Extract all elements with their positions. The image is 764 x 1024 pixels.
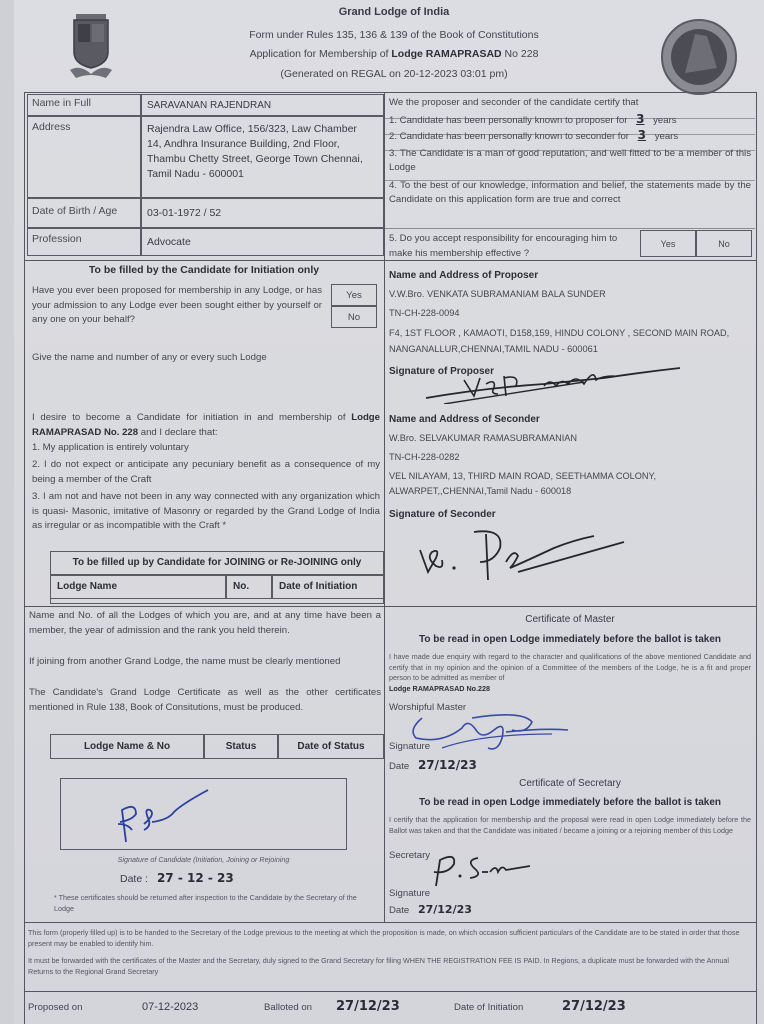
joining-col-date-initiation: Date of Initiation — [272, 575, 384, 599]
date-of-initiation-value: 27/12/23 — [562, 999, 626, 1014]
proposed-on-value: 07-12-2023 — [142, 1001, 198, 1013]
secretary-signature-label: Signature — [389, 887, 430, 902]
application-prefix: Application for Membership of — [250, 48, 392, 60]
candidate-signature-caption: Signature of Candidate (Initiation, Join… — [60, 855, 347, 866]
prior-proposal-yes[interactable]: Yes — [331, 284, 377, 306]
address-line: Tamil Nadu - 600001 — [147, 167, 381, 182]
secretary-label: Secretary — [389, 849, 430, 864]
address-label: Address — [32, 121, 71, 133]
lodges-col-date-status: Date of Status — [278, 734, 384, 759]
seconder-address: VEL NILAYAM, 13, THIRD MAIN ROAD, SEETHA… — [389, 469, 734, 499]
certify-block: We the proposer and seconder of the cand… — [389, 96, 751, 208]
lodge-seal-icon — [655, 18, 743, 96]
prior-proposal-no[interactable]: No — [331, 306, 377, 328]
joining-col-number: No. — [226, 575, 272, 599]
declaration-3: 3. I am not and have not been in any way… — [32, 490, 380, 534]
proposer-signature-icon — [424, 362, 684, 404]
master-cert-body: I have made due enquiry with regard to t… — [389, 652, 751, 694]
address-line: Rajendra Law Office, 156/323, Law Chambe… — [147, 122, 381, 137]
name-label: Name in Full — [32, 97, 91, 109]
generated-note: (Generated on REGAL on 20-12-2023 03:01 … — [164, 68, 624, 80]
lodges-col-name-no: Lodge Name & No — [50, 734, 204, 759]
application-form-page: Grand Lodge of India Form under Rules 13… — [14, 0, 764, 1024]
certificates-note: The Candidate's Grand Lodge Certificate … — [29, 686, 381, 715]
secretary-cert-subtitle: To be read in open Lodge immediately bef… — [386, 797, 754, 808]
form-rules: Form under Rules 135, 136 & 139 of the B… — [164, 29, 624, 41]
certify-intro: We the proposer and seconder of the cand… — [389, 96, 751, 111]
proposer-heading: Name and Address of Proposer — [389, 270, 538, 281]
master-cert-lodge: Lodge RAMAPRASAD No.228 — [389, 684, 751, 695]
declaration-1: 1. My application is entirely voluntary — [32, 441, 380, 456]
master-date: Date 27/12/23 — [389, 758, 477, 775]
seconder-heading: Name and Address of Seconder — [389, 414, 540, 425]
certify-item-4: 4. To the best of our knowledge, informa… — [389, 179, 751, 208]
declaration-suffix: and I declare that: — [138, 427, 217, 438]
address-line: Thambu Chetty Street, George Town Chenna… — [147, 152, 381, 167]
lodge-number: No 228 — [502, 48, 539, 60]
initiation-heading: To be filled by the Candidate for Initia… — [26, 264, 382, 276]
declaration-text: I desire to become a Candidate for initi… — [32, 412, 351, 423]
proposer-address: F4, 1ST FLOOR , KAMAOTI, D158,159, HINDU… — [389, 325, 734, 357]
accept-yes-option[interactable]: Yes — [640, 230, 696, 257]
certify-item-text: 2. Candidate has been personally known t… — [389, 131, 629, 142]
years-label: years — [655, 131, 678, 142]
candidate-date-label: Date : — [120, 873, 148, 885]
secretary-date-value: 27/12/23 — [418, 903, 472, 916]
lodge-name: Lodge RAMAPRASAD — [391, 48, 501, 60]
secretary-date-label: Date — [389, 905, 409, 916]
secretary-signature-icon — [426, 850, 536, 890]
certify-item-text: 1. Candidate has been personally known t… — [389, 115, 627, 126]
seconder-name: W.Bro. SELVAKUMAR RAMASUBRAMANIAN — [389, 431, 577, 446]
lodges-membership-note: Name and No. of all the Lodges of which … — [29, 609, 381, 638]
declaration-intro: I desire to become a Candidate for initi… — [32, 411, 380, 440]
balloted-on-label: Balloted on — [264, 1001, 312, 1016]
seconder-signature-label: Signature of Seconder — [389, 509, 496, 520]
accept-no-option[interactable]: No — [696, 230, 752, 257]
master-cert-title: Certificate of Master — [386, 614, 754, 625]
secretary-cert-body: I certify that the application for membe… — [389, 815, 751, 836]
give-lodge-name-prompt: Give the name and number of any or every… — [32, 351, 267, 366]
joining-col-lodge-name: Lodge Name — [50, 575, 226, 599]
balloted-on-value: 27/12/23 — [336, 999, 400, 1014]
address-line: 14, Andhra Insurance Building, 2nd Floor… — [147, 137, 381, 152]
years-label: years — [653, 115, 676, 126]
dob-value: 03-01-1972 / 52 — [147, 206, 221, 221]
profession-label: Profession — [32, 233, 82, 245]
master-cert-text: I have made due enquiry with regard to t… — [389, 652, 751, 682]
master-date-value: 27/12/23 — [418, 758, 477, 772]
name-value: SARAVANAN RAJENDRAN — [147, 98, 271, 113]
dob-label: Date of Birth / Age — [32, 205, 117, 217]
footer-note-handing: This form (properly filled up) is to be … — [28, 928, 752, 949]
footer-note-forwarding: It must be forwarded with the certificat… — [28, 956, 752, 977]
certify-item-1: 1. Candidate has been personally known t… — [389, 112, 751, 129]
lodges-col-status: Status — [204, 734, 278, 759]
org-title: Grand Lodge of India — [164, 6, 624, 18]
seconder-years-value: 3 — [632, 128, 652, 142]
candidate-date-value: 27 - 12 - 23 — [157, 871, 234, 885]
seconder-id: TN-CH-228-0282 — [389, 450, 459, 465]
certify-item-2: 2. Candidate has been personally known t… — [389, 128, 751, 145]
other-grand-lodge-note: If joining from another Grand Lodge, the… — [29, 655, 381, 670]
candidate-date: Date : 27 - 12 - 23 — [120, 871, 234, 885]
joining-table-heading: To be filled up by Candidate for JOINING… — [50, 551, 384, 575]
certify-item-5: 5. Do you accept responsibility for enco… — [389, 232, 629, 261]
application-title: Application for Membership of Lodge RAMA… — [164, 48, 624, 60]
proposer-id: TN-CH-228-0094 — [389, 306, 459, 321]
declaration-2: 2. I do not expect or anticipate any pec… — [32, 458, 380, 487]
grand-lodge-crest-icon — [66, 8, 116, 84]
secretary-cert-title: Certificate of Secretary — [386, 778, 754, 789]
address-value: Rajendra Law Office, 156/323, Law Chambe… — [147, 122, 381, 182]
profession-value: Advocate — [147, 235, 191, 250]
master-signature-label: Signature — [389, 740, 430, 755]
proposed-on-label: Proposed on — [28, 1001, 82, 1016]
master-cert-subtitle: To be read in open Lodge immediately bef… — [386, 634, 754, 645]
prior-proposal-question: Have you ever been proposed for membersh… — [32, 284, 322, 328]
date-of-initiation-label: Date of Initiation — [454, 1001, 523, 1016]
certificates-return-footnote: * These certificates should be returned … — [54, 893, 364, 914]
secretary-date: Date 27/12/23 — [389, 903, 472, 919]
seconder-signature-icon — [414, 522, 634, 582]
proposer-name: V.W.Bro. VENKATA SUBRAMANIAM BALA SUNDER — [389, 287, 606, 302]
candidate-signature-icon — [108, 784, 218, 844]
master-date-label: Date — [389, 761, 409, 772]
